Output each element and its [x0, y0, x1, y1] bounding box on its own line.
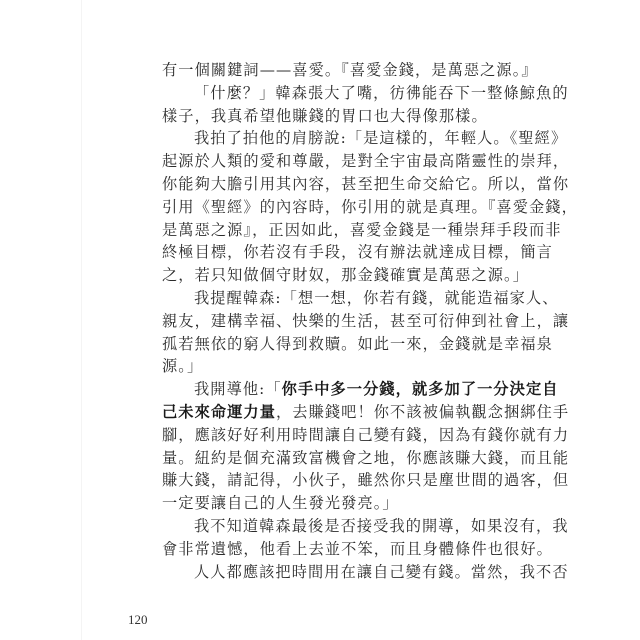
text-line: 我開導他:「你手中多一分錢，就多加了一分決定自 [162, 378, 492, 401]
text-line: 賺大錢，請記得，小伙子，雖然你只是塵世間的過客，但 [162, 469, 492, 492]
text-line: 孤若無依的窮人得到救贖。如此一來，金錢就是幸福泉 [162, 333, 492, 356]
text-line: 之，若只知做個守財奴，那金錢確實是萬惡之源。」 [162, 264, 492, 287]
text-line: 我拍了拍他的肩膀說:「是這樣的，年輕人。《聖經》 [162, 127, 492, 150]
text-line: 樣子，我真希望他賺錢的胃口也大得像那樣。 [162, 105, 492, 128]
page-edge-divider [81, 0, 82, 640]
text-line: 我提醒韓森:「想一想，你若有錢，就能造福家人、 [162, 287, 492, 310]
text-line: 腳，應該好好利用時間讓自己變有錢，因為有錢你就有力 [162, 424, 492, 447]
text-line: 源。」 [162, 355, 492, 378]
text-line: 有一個關鍵詞——喜愛。『喜愛金錢，是萬惡之源。』 [162, 59, 492, 82]
book-page: 有一個關鍵詞——喜愛。『喜愛金錢，是萬惡之源。』 「什麼？」韓森張大了嘴，彷彿能… [0, 0, 640, 640]
text-span: 我開導他:「 [194, 380, 282, 398]
text-line: 你能夠大膽引用其內容，甚至把生命交給它。所以，當你 [162, 173, 492, 196]
text-line: 量。紐約是個充滿致富機會之地，你應該賺大錢，而且能 [162, 447, 492, 470]
text-line: 一定要讓自己的人生發光發亮。」 [162, 492, 492, 515]
text-line: 是萬惡之源』，正因如此，喜愛金錢是一種崇拜手段而非 [162, 219, 492, 242]
text-line: 起源於人類的愛和尊嚴，是對全宇宙最高階靈性的崇拜， [162, 150, 492, 173]
page-number: 120 [128, 612, 148, 628]
text-line: 引用《聖經》的內容時，你引用的就是真理。『喜愛金錢， [162, 196, 492, 219]
text-line: 我不知道韓森最後是否接受我的開導，如果沒有，我 [162, 515, 492, 538]
text-line: 「什麼？」韓森張大了嘴，彷彿能吞下一整條鯨魚的 [162, 82, 492, 105]
text-line: 終極目標，你若沒有手段，沒有辦法就達成目標，簡言 [162, 241, 492, 264]
emphasized-text: 己未來命運力量 [162, 403, 276, 421]
text-span: ，去賺錢吧！你不該被偏執觀念捆綁住手 [276, 403, 569, 421]
text-line: 己未來命運力量，去賺錢吧！你不該被偏執觀念捆綁住手 [162, 401, 492, 424]
body-text: 有一個關鍵詞——喜愛。『喜愛金錢，是萬惡之源。』 「什麼？」韓森張大了嘴，彷彿能… [162, 59, 492, 583]
text-line: 人人都應該把時間用在讓自己變有錢。當然，我不否 [162, 561, 492, 584]
emphasized-text: 你手中多一分錢，就多加了一分決定自 [282, 380, 559, 398]
text-line: 親友，建構幸福、快樂的生活，甚至可衍伸到社會上，讓 [162, 310, 492, 333]
text-line: 會非常遺憾，他看上去並不笨，而且身體條件也很好。 [162, 538, 492, 561]
